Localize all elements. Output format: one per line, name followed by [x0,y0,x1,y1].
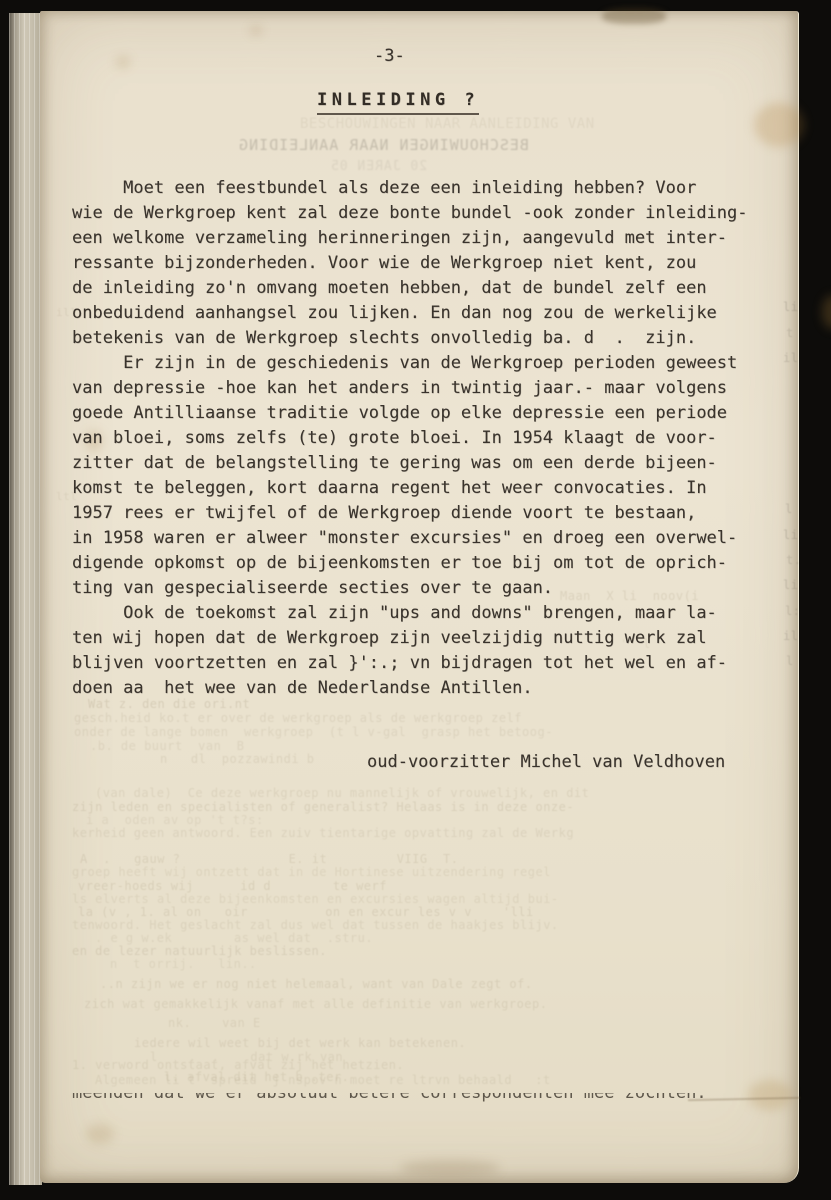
foxing-stain [754,103,804,147]
bottom-cut-line-text: meenden dat we er absoluut betere corres… [72,1093,752,1103]
page-number: -3- [374,46,405,66]
page-title: INLEIDING ? [317,90,479,115]
typed-body: Moet een feestbundel als deze een inleid… [72,176,748,701]
signature-line: oud-voorzitter Michel van Veldhoven [367,752,725,772]
foxing-stain [822,295,831,329]
paragraph: Moet een feestbundel als deze een inleid… [72,176,748,351]
bottom-cut-line: meenden dat we er absoluut betere corres… [72,1093,752,1108]
scanned-page-photo: BESCHOUWINGEN NAAR AANLEIDING VANBESCHOU… [0,0,831,1200]
paragraph: Er zijn in de geschiedenis van de Werkgr… [72,351,748,601]
book-page-stack-edge [9,13,42,1185]
paragraph: Ook de toekomst zal zijn "ups and downs"… [72,601,748,701]
